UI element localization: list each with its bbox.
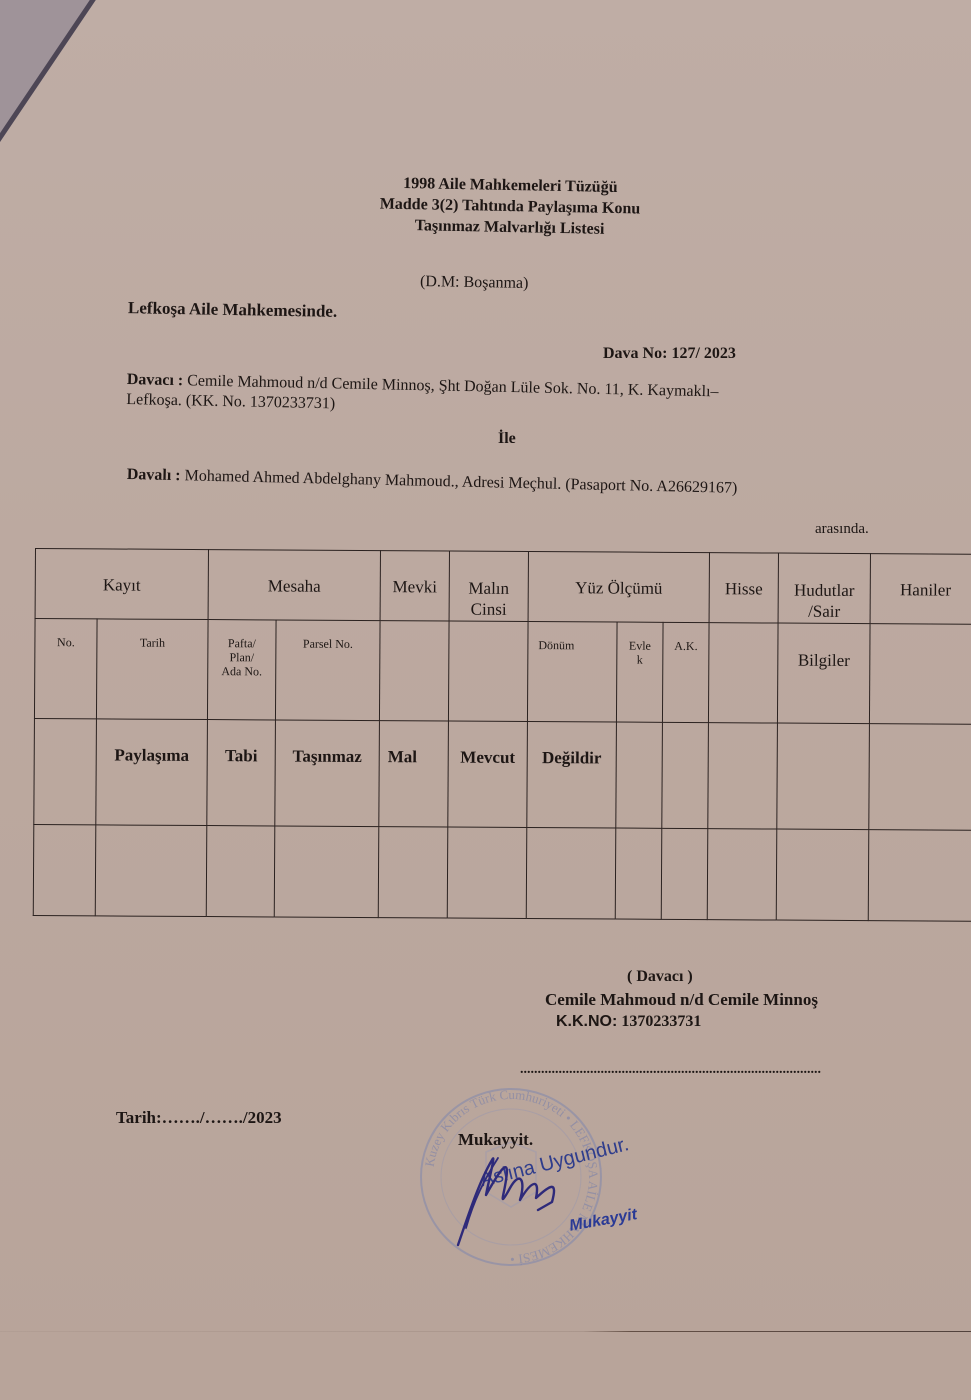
table-cell bbox=[707, 829, 777, 920]
table-row bbox=[33, 824, 971, 921]
subheader-pafta: Pafta/Plan/Ada No. bbox=[207, 620, 276, 720]
table-cell: Paylaşıma bbox=[96, 719, 208, 826]
subheader-donum: Dönüm bbox=[527, 622, 617, 723]
conjunction: İle bbox=[498, 430, 516, 448]
signature-line: ........................................… bbox=[520, 1062, 821, 1078]
document-title: 1998 Aile Mahkemeleri Tüzüğü Madde 3(2) … bbox=[339, 172, 680, 242]
table-group-header-row: Kayıt Mesaha Mevki MalınCinsi Yüz Ölçümü… bbox=[35, 549, 971, 625]
table-cell bbox=[274, 826, 379, 918]
table-sub-header-row: No. Tarih Pafta/Plan/Ada No. Parsel No. … bbox=[34, 619, 971, 725]
header-hudutlar: Hudutlar/Sair bbox=[778, 553, 870, 624]
table-cell bbox=[33, 824, 96, 915]
table-row: Paylaşıma Tabi Taşınmaz Mal Mevcut Değil… bbox=[34, 718, 971, 830]
property-table: Kayıt Mesaha Mevki MalınCinsi Yüz Ölçümü… bbox=[33, 548, 971, 932]
table-cell: Tabi bbox=[207, 720, 276, 826]
plaintiff-label: Davacı : bbox=[127, 371, 184, 389]
subheader-cinsi-empty bbox=[448, 621, 528, 721]
header-yuz-olcumu: Yüz Ölçümü bbox=[528, 552, 709, 623]
table-cell bbox=[616, 722, 663, 828]
defendant-label: Davalı : bbox=[127, 466, 181, 484]
table-cell bbox=[777, 723, 870, 830]
table-cell bbox=[615, 828, 662, 919]
table-cell bbox=[661, 828, 708, 919]
date-field: Tarih:……./……./2023 bbox=[116, 1108, 282, 1128]
table-cell bbox=[869, 724, 971, 831]
header-kayit: Kayıt bbox=[35, 549, 208, 620]
signatory-id: K.K.NO: 1370233731 bbox=[556, 1013, 701, 1031]
table-cell: Değildir bbox=[527, 722, 617, 829]
paper-fold-line bbox=[0, 1331, 971, 1332]
subheader-parsel: Parsel No. bbox=[275, 620, 380, 721]
table-cell bbox=[776, 829, 869, 921]
table-cell bbox=[95, 825, 207, 917]
table-cell bbox=[34, 718, 97, 824]
case-number: Dava No: 127/ 2023 bbox=[603, 345, 736, 363]
table-cell bbox=[708, 723, 778, 829]
header-mevki: Mevki bbox=[380, 551, 449, 621]
case-type: (D.M: Boşanma) bbox=[420, 273, 529, 293]
subheader-mevki-empty bbox=[379, 621, 449, 721]
signatory-name: Cemile Mahmoud n/d Cemile Minnoş bbox=[545, 990, 818, 1010]
court-name: Lefkoşa Aile Mahkemesinde. bbox=[128, 298, 338, 322]
signatory-role: ( Davacı ) bbox=[627, 968, 693, 986]
table-cell: Taşınmaz bbox=[275, 720, 380, 827]
table-cell: Mevcut bbox=[448, 721, 528, 827]
table-cell bbox=[447, 827, 527, 918]
subheader-ak: A.K. bbox=[662, 622, 709, 722]
signature-icon bbox=[440, 1140, 590, 1250]
header-hisse: Hisse bbox=[709, 553, 778, 623]
between-text: arasında. bbox=[815, 521, 869, 538]
subheader-haniler-empty bbox=[869, 624, 971, 725]
table-cell bbox=[662, 722, 709, 828]
table-cell bbox=[206, 826, 275, 917]
table-cell: Mal bbox=[379, 721, 449, 827]
header-haniler: Haniler bbox=[870, 554, 971, 625]
subheader-bilgiler: Bilgiler bbox=[777, 623, 870, 724]
subheader-tarih: Tarih bbox=[96, 619, 208, 720]
subheader-hisse-empty bbox=[708, 623, 778, 723]
subheader-evlek: Evlek bbox=[616, 622, 663, 722]
header-malin-cinsi: MalınCinsi bbox=[449, 551, 528, 621]
table-cell bbox=[868, 830, 971, 922]
header-mesaha: Mesaha bbox=[208, 550, 380, 621]
subheader-no: No. bbox=[34, 619, 97, 719]
table-cell bbox=[378, 827, 448, 918]
table-cell bbox=[526, 828, 616, 920]
